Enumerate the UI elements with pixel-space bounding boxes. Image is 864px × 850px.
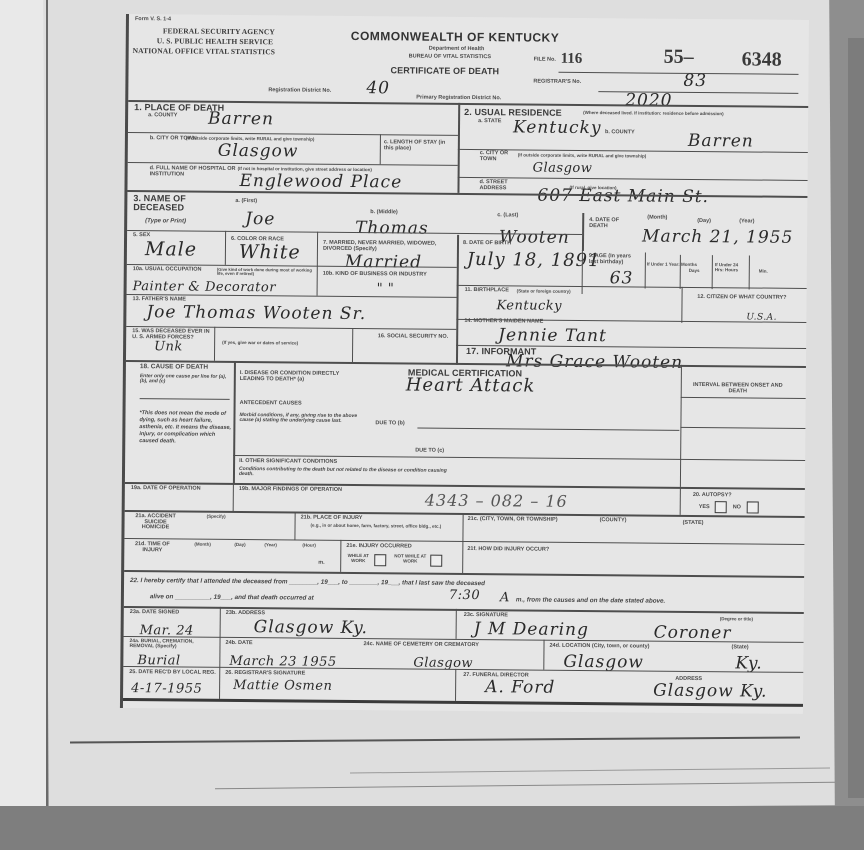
- injury-time-label: 21d. TIME OF INJURY: [132, 542, 172, 553]
- col-divider: [543, 640, 544, 670]
- file-no-year: 55–: [664, 47, 694, 67]
- col-divider: [455, 669, 456, 701]
- business: " ": [377, 282, 395, 295]
- registrar-signature-label: 26. REGISTRAR'S SIGNATURE: [225, 671, 305, 677]
- autopsy-label: 20. AUTOPSY?: [693, 493, 732, 499]
- location-state-label: (State): [731, 645, 748, 651]
- agency-line: NATIONAL OFFICE VITAL STATISTICS: [133, 47, 275, 56]
- not-while-at-work-checkbox[interactable]: [430, 555, 442, 567]
- injury-city-label: 21c. (CITY, TOWN, OR TOWNSHIP): [468, 517, 558, 523]
- col-divider: [294, 511, 295, 539]
- usual-residence-label: 2. USUAL RESIDENCE: [464, 108, 562, 118]
- operation-date-label: 19a. DATE OF OPERATION: [131, 486, 221, 492]
- injury-place-note: (e.g., in or about home, farm, factory, …: [311, 524, 459, 530]
- location-label: 24d. LOCATION (City, town, or county): [549, 644, 649, 650]
- mother-maiden-name: Jennie Tant: [498, 327, 607, 345]
- age-label: 9. AGE (In years last birthday): [589, 254, 639, 265]
- operation-findings-label: 19b. MAJOR FINDINGS OF OPERATION: [239, 487, 342, 493]
- section-divider: [126, 360, 806, 368]
- cause-of-death-label: 18. CAUSE OF DEATH: [140, 364, 208, 371]
- form-number: Form V. S. 1-4: [135, 17, 171, 23]
- certificate-title: CERTIFICATE OF DEATH: [390, 66, 499, 76]
- pod-county: Barren: [208, 111, 274, 129]
- cert-address: Glasgow Ky.: [254, 619, 368, 637]
- background-left: [0, 0, 48, 815]
- row-divider: [681, 397, 806, 399]
- date-of-death-label: 4. DATE OF DEATH: [589, 218, 624, 229]
- death-time: 7:30: [449, 589, 480, 602]
- injury-place-label: 21b. PLACE OF INJURY: [301, 516, 363, 522]
- usual-residence-note: (Where deceased lived. If institution: r…: [583, 111, 724, 117]
- col-divider: [233, 483, 234, 511]
- mother-label: 14. MOTHER'S MAIDEN NAME: [464, 319, 543, 325]
- file-no-prefix: 116: [561, 52, 583, 67]
- last-name-label: c. (Last): [497, 213, 518, 219]
- accident-note: (Specify): [207, 515, 226, 520]
- col-divider: [340, 540, 341, 572]
- other-conditions-note: Conditions contributing to the death but…: [239, 467, 459, 479]
- col-divider: [712, 255, 713, 289]
- date-of-birth: July 18, 1891: [467, 251, 601, 270]
- res-state-label: a. STATE: [478, 119, 501, 125]
- background-right-folder: [848, 38, 864, 798]
- divider: [140, 398, 230, 400]
- res-city: Glasgow: [533, 162, 593, 176]
- dod-month-col: (Month): [647, 216, 667, 222]
- accident-label: 21a. ACCIDENT SUICIDE HOMICIDE: [130, 514, 180, 531]
- col-divider: [645, 253, 646, 289]
- col-divider: [582, 213, 584, 251]
- row-divider: [680, 427, 805, 429]
- autopsy-yes-label: YES: [699, 505, 710, 511]
- autopsy-no-checkbox[interactable]: [747, 501, 759, 513]
- registration-district-label: Registration District No.: [268, 88, 331, 94]
- dod-day-col: (Day): [697, 219, 711, 225]
- occupation: Painter & Decorator: [133, 280, 276, 294]
- registrar-signature: Mattie Osmen: [233, 679, 332, 693]
- middle-name: Thomas: [355, 220, 429, 238]
- res-city-label: c. CITY OR TOWN: [480, 151, 510, 162]
- agency-line: FEDERAL SECURITY AGENCY: [163, 27, 275, 35]
- father-name: Joe Thomas Wooten Sr.: [146, 304, 366, 323]
- section-divider: [125, 510, 805, 518]
- col-divider: [352, 328, 353, 362]
- certify-line-2b: m., from the causes and on the date stat…: [516, 597, 665, 605]
- col-divider: [681, 287, 682, 323]
- col-divider: [456, 609, 457, 639]
- while-at-work-label: WHILE AT WORK: [346, 554, 370, 563]
- citizen-label: 12. CITIZEN OF WHAT COUNTRY?: [687, 295, 787, 301]
- birthplace-label: 11. BIRTHPLACE: [465, 288, 509, 294]
- res-state: Kentucky: [513, 119, 602, 137]
- sex: Male: [145, 240, 197, 259]
- marital-status: Married: [345, 254, 422, 272]
- occupation-note: (Give kind of work done during most of w…: [217, 268, 317, 277]
- registration-district: 40: [366, 80, 390, 97]
- signature-label: 23c. SIGNATURE: [464, 613, 508, 619]
- occupation-label: 10a. USUAL OCCUPATION: [133, 267, 202, 273]
- pod-institution-label: d. FULL NAME OF HOSPITAL OR INSTITUTION: [150, 166, 240, 178]
- row-divider: [458, 149, 808, 153]
- dob-label: 8. DATE OF BIRTH: [463, 241, 511, 247]
- injury-time-day: (Day): [234, 543, 245, 548]
- col-divider: [749, 255, 750, 289]
- primary-district: 2020: [625, 92, 672, 109]
- how-injury-label: 21f. HOW DID INJURY OCCUR?: [467, 547, 549, 553]
- injury-time-year: (Year): [264, 543, 277, 548]
- veteran-war-note: (If yes, give war or dates of service): [222, 341, 298, 346]
- physician-signature: J M Dearing: [474, 621, 589, 639]
- fd-address: Glasgow Ky.: [653, 683, 767, 701]
- injury-time-hour: (Hour): [302, 544, 316, 549]
- autopsy-yes-checkbox[interactable]: [715, 501, 727, 513]
- cause-disclaimer: *This does not mean the mode of dying, s…: [139, 410, 231, 445]
- not-while-at-work-label: NOT WHILE AT WORK: [390, 554, 430, 563]
- degree-label: (Degree or title): [720, 617, 753, 622]
- antecedent-label: ANTECEDENT CAUSES: [240, 401, 302, 407]
- received-label: 25. DATE REC'D BY LOCAL REG.: [129, 670, 217, 676]
- col-divider: [225, 231, 226, 265]
- cemetery-label: 24c. NAME OF CEMETERY OR CREMATORY: [363, 642, 478, 649]
- autopsy-no-label: NO: [733, 505, 741, 511]
- col-divider: [680, 487, 681, 515]
- res-county: Barren: [688, 133, 754, 151]
- col-divider: [219, 607, 221, 699]
- file-no: 6348: [742, 49, 782, 69]
- first-name: Joe: [245, 211, 275, 228]
- injury-occurred-label: 21e. INJURY OCCURRED: [346, 544, 411, 550]
- file-no-underline: [559, 72, 799, 75]
- due-to-b-label: DUE TO (b): [375, 421, 404, 427]
- paper-edge: [46, 0, 48, 815]
- res-street-label: d. STREET ADDRESS: [479, 180, 514, 191]
- state-title: COMMONWEALTH OF KENTUCKY: [351, 30, 560, 44]
- registrar-no: 83: [683, 73, 707, 90]
- agency-line: U. S. PUBLIC HEALTH SERVICE: [157, 37, 273, 46]
- due-to-b-line: [417, 428, 679, 431]
- col-divider: [582, 250, 583, 294]
- file-no-label: FILE No.: [534, 58, 556, 64]
- cert-address-label: 23b. ADDRESS: [226, 611, 265, 617]
- due-to-c-label: DUE TO (c): [415, 449, 444, 455]
- department: Department of Health: [429, 47, 485, 53]
- marital-label: 7. MARRIED, NEVER MARRIED, WIDOWED, DIVO…: [323, 241, 453, 253]
- pod-county-label: a. COUNTY: [148, 113, 177, 119]
- deceased-name-note: (Type or Print): [145, 218, 186, 224]
- date-of-death: March 21, 1955: [642, 229, 793, 247]
- birthplace-note: (State or foreign country): [517, 289, 571, 294]
- col-divider: [380, 134, 381, 164]
- res-city-note: (If outside corporate limits, write RURA…: [518, 153, 646, 159]
- death-ampm: A: [500, 591, 510, 604]
- background-bottom: [0, 806, 864, 850]
- injury-time-month: (Month): [194, 543, 211, 548]
- dod-year-col: (Year): [739, 219, 754, 225]
- cause-note: Enter only one cause per line for (a), (…: [140, 374, 230, 385]
- res-county-label: b. COUNTY: [605, 130, 635, 136]
- col-divider: [214, 327, 215, 361]
- age-hours-col: If Under 24 Hrs: Hours: [715, 263, 745, 272]
- race: White: [239, 243, 301, 263]
- col-divider: [462, 513, 464, 573]
- injury-state-label: (STATE): [683, 521, 704, 527]
- date-signed-label: 23a. DATE SIGNED: [130, 610, 179, 616]
- burial-location-state: Ky.: [735, 655, 763, 672]
- cause-a-label: I. DISEASE OR CONDITION DIRECTLY LEADING…: [240, 371, 350, 383]
- business-label: 10b. KIND OF BUSINESS OR INDUSTRY: [323, 272, 453, 279]
- age-min-col: Min.: [759, 270, 768, 275]
- deceased-name-label: 3. NAME OF DECEASED: [133, 194, 213, 213]
- age-months-col: If Under 1 Year: Months: [647, 263, 697, 268]
- birthplace: Kentucky: [496, 299, 562, 313]
- col-divider: [233, 361, 236, 483]
- age-days-col: Days: [689, 269, 700, 274]
- funeral-director: A. Ford: [485, 679, 555, 697]
- injury-time-m: m.: [318, 561, 324, 567]
- received-date: 4-17-1955: [131, 682, 202, 696]
- disposition-label: 24a. BURIAL, CREMATION, REMOVAL (Specify…: [129, 639, 217, 650]
- row-divider: [124, 538, 804, 545]
- age: 63: [610, 270, 634, 287]
- registrar-no-label: REGISTRAR'S No.: [533, 80, 581, 86]
- pod-city: Glasgow: [218, 143, 299, 161]
- primary-district-label: Primary Registration District No.: [416, 96, 501, 102]
- pod-institution: Englewood Place: [239, 173, 402, 191]
- operation-code: 4343 – 082 – 16: [425, 493, 568, 510]
- burial-location: Glasgow: [563, 654, 644, 672]
- injury-county-label: (COUNTY): [600, 518, 627, 524]
- middle-name-label: b. (Middle): [370, 210, 398, 216]
- while-at-work-checkbox[interactable]: [374, 554, 386, 566]
- col-divider: [317, 232, 319, 296]
- interval-label: INTERVAL BETWEEN ONSET AND DEATH: [688, 383, 788, 395]
- certify-line-1: 22. I hereby certify that I attended the…: [130, 578, 485, 587]
- section-divider: [124, 570, 804, 578]
- ssn-label: 16. SOCIAL SECURITY NO.: [358, 334, 448, 340]
- certify-line-2a: alive on __________, 19___, and that dea…: [150, 594, 314, 602]
- morbid-note: Morbid conditions, if any, giving rise t…: [239, 413, 369, 424]
- death-certificate: Form V. S. 1-4 FEDERAL SECURITY AGENCY U…: [120, 14, 809, 714]
- cause-a: Heart Attack: [406, 376, 536, 395]
- veteran: Unk: [154, 340, 183, 353]
- physician-title: Coroner: [654, 625, 732, 643]
- burial-date-label: 24b. DATE: [225, 641, 252, 647]
- other-conditions-label: II. OTHER SIGNIFICANT CONDITIONS: [239, 459, 337, 465]
- bureau: BUREAU OF VITAL STATISTICS: [409, 54, 491, 60]
- pod-length-of-stay-label: c. LENGTH OF STAY (in this place): [384, 140, 454, 152]
- col-divider: [680, 365, 682, 487]
- first-name-label: a. (First): [235, 199, 257, 205]
- section-divider: [125, 482, 805, 490]
- col-divider: [680, 255, 681, 289]
